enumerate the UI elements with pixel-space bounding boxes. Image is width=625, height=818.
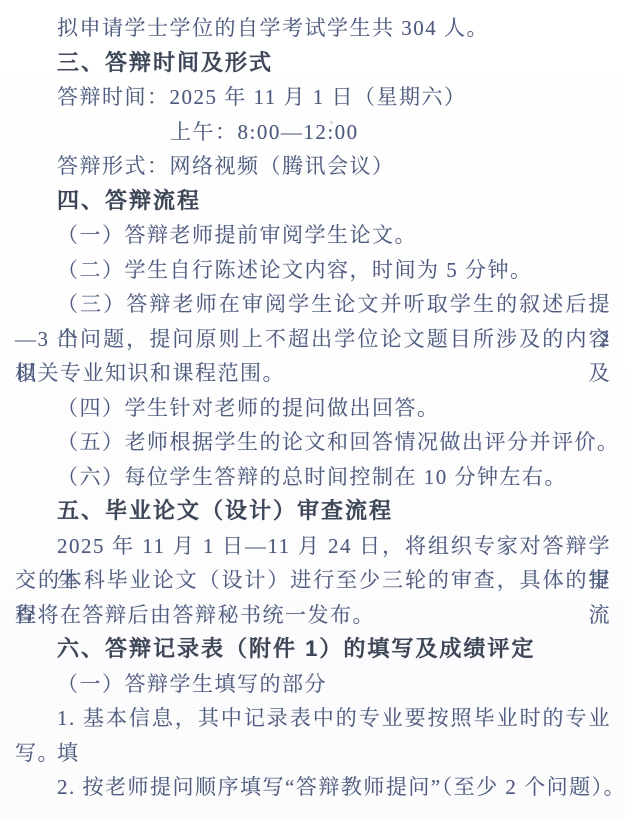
section-heading: 五、毕业论文（设计）审查流程 (15, 494, 611, 529)
document-line: （四）学生针对老师的提问做出回答。 (15, 391, 611, 426)
document-line: 写。 (15, 736, 611, 771)
document-body: 拟申请学士学位的自学考试学生共 304 人。三、答辩时间及形式答辩时间：2025… (15, 11, 611, 805)
section-heading: 四、答辩流程 (15, 184, 611, 219)
document-line: 答辩时间：2025 年 11 月 1 日（星期六） (15, 80, 611, 115)
document-line: 拟申请学士学位的自学考试学生共 304 人。 (15, 11, 611, 46)
document-line: （三）答辩老师在审阅学生论文并听取学生的叙述后提出 2 (15, 287, 611, 322)
scan-speck (309, 674, 313, 677)
document-line: 2025 年 11 月 1 日—11 月 24 日，将组织专家对答辩学生提 (15, 529, 611, 564)
document-line: （五）老师根据学生的论文和回答情况做出评分并评价。 (15, 425, 611, 460)
document-line: 2. 按老师提问顺序填写“答辩教师提问”（至少 2 个问题）。 (15, 770, 611, 805)
document-line: （一）答辩老师提前审阅学生论文。 (15, 218, 611, 253)
document-line: 答辩形式：网络视频（腾讯会议） (15, 149, 611, 184)
section-heading: 三、答辩时间及形式 (15, 46, 611, 81)
document-line: 上午：8:00—12:00 (15, 115, 611, 150)
scan-speck (330, 121, 333, 124)
document-line: （六）每位学生答辩的总时间控制在 10 分钟左右。 (15, 460, 611, 495)
scanned-document-page: 拟申请学士学位的自学考试学生共 304 人。三、答辩时间及形式答辩时间：2025… (0, 0, 625, 818)
section-heading: 六、答辩记录表（附件 1）的填写及成绩评定 (15, 632, 611, 667)
document-line: 交的本科毕业论文（设计）进行至少三轮的审查，具体的审查流 (15, 563, 611, 598)
document-line: （一）答辩学生填写的部分 (15, 667, 611, 702)
document-line: （二）学生自行陈述论文内容，时间为 5 分钟。 (15, 253, 611, 288)
document-line: 1. 基本信息，其中记录表中的专业要按照毕业时的专业填 (15, 701, 611, 736)
document-line: —3 个问题，提问原则上不超出学位论文题目所涉及的内容以及 (15, 322, 611, 357)
